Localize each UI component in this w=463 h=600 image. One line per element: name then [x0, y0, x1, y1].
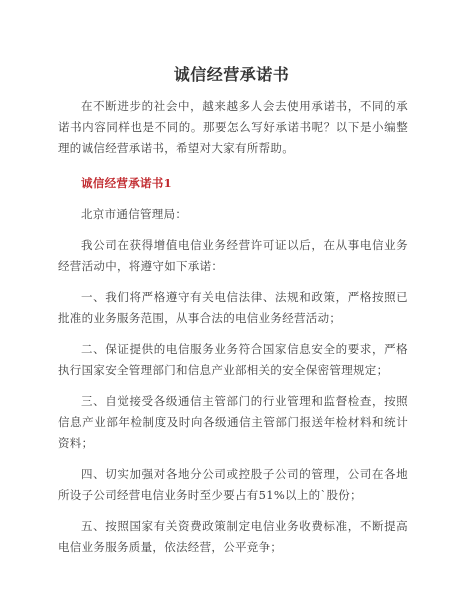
document-body: 在不断进步的社会中，越来越多人会去使用承诺书，不同的承诺书内容同样也是不同的。那…	[58, 96, 408, 568]
section-title: 诚信经营承诺书1	[58, 173, 408, 194]
paragraph-preamble: 我公司在获得增值电信业务经营许可证以后，在从事电信业务经营活动中，将遵守如下承诺…	[58, 235, 408, 277]
paragraph-item-2: 二、保证提供的电信服务业务符合国家信息安全的要求，严格执行国家安全管理部门和信息…	[58, 339, 408, 381]
paragraph-item-4: 四、切实加强对各地分公司或控股子公司的管理，公司在各地所设子公司经营电信业务时至…	[58, 464, 408, 506]
intro-paragraph: 在不断进步的社会中，越来越多人会去使用承诺书，不同的承诺书内容同样也是不同的。那…	[58, 96, 408, 159]
salutation: 北京市通信管理局：	[58, 204, 408, 225]
paragraph-item-3: 三、自觉接受各级通信主管部门的行业管理和监督检查，按照信息产业部年检制度及时向各…	[58, 391, 408, 454]
document-page: 诚信经营承诺书 在不断进步的社会中，越来越多人会去使用承诺书，不同的承诺书内容同…	[0, 0, 463, 600]
paragraph-item-1: 一、我们将严格遵守有关电信法律、法规和政策，严格按照已批准的业务服务范围，从事合…	[58, 287, 408, 329]
document-title: 诚信经营承诺书	[0, 62, 463, 85]
paragraph-item-5: 五、按照国家有关资费政策制定电信业务收费标准，不断提高电信业务服务质量，依法经营…	[58, 516, 408, 558]
